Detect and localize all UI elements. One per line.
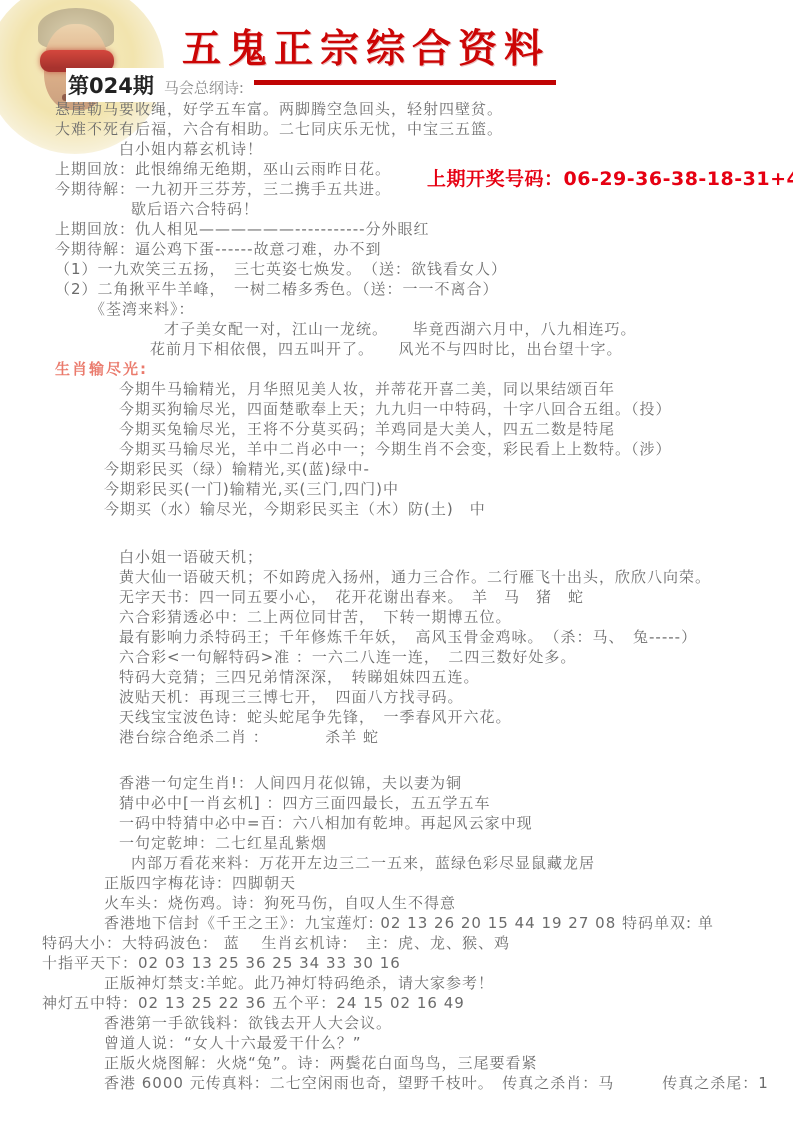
content-line: 正版四字梅花诗：四脚朝天 — [0, 873, 793, 893]
content-line: 特码大竞猜；三四兄弟情深深， 转睇姐妹四五连。 — [0, 667, 793, 687]
content-line: 曾道人说：“女人十六最爱干什么？” — [0, 1033, 793, 1053]
content-line: 白小姐内幕玄机诗！ — [0, 139, 793, 159]
content-line: 神灯五中特：02 13 25 22 36 五个平：24 15 02 16 49 — [0, 993, 793, 1013]
content-line: 今期彩民买（绿）输精光,买(蓝)绿中- — [0, 459, 793, 479]
content-line: 才子美女配一对，江山一龙统。 毕竟西湖六月中，八九相连巧。 — [0, 319, 793, 339]
content-line: 白小姐一语破天机； — [0, 547, 793, 567]
content-line: （2）二角揪平牛羊峰， 一树二椿多秀色。（送：一一不离合） — [0, 279, 793, 299]
content-line: （1）一九欢笑三五扬， 三七英姿七焕发。 （送：欲钱看女人） — [0, 259, 793, 279]
content-line: 正版火烧图解：火烧“兔”。诗：两鬓花白面鸟鸟，三尾要看紧 — [0, 1053, 793, 1073]
content-lines: 悬崖勒马要收绳，好学五车富。两脚腾空急回头，轻射四壁贫。大难不死有后福，六合有相… — [0, 99, 793, 1093]
content-line: 特码大小：大特码波色： 蓝 生肖玄机诗： 主：虎、龙、猴、鸡 — [0, 933, 793, 953]
content-line: 悬崖勒马要收绳，好学五车富。两脚腾空急回头，轻射四壁贫。 — [0, 99, 793, 119]
content-line: 香港 6000 元传真料：二七空闲雨也奇，望野千枝叶。 传真之杀肖：马 传真之杀… — [0, 1073, 793, 1093]
content-line: 今期待解：逼公鸡下蛋------故意刁难，办不到 — [0, 239, 793, 259]
content-line: 波贴天机：再现三三博七开， 四面八方找寻码。 — [0, 687, 793, 707]
content-line: 一码中特猜中必中=百：六八相加有乾坤。再起风云家中现 — [0, 813, 793, 833]
content-line: 今期买兔输尽光，王将不分莫买码；羊鸡同是大美人，四五二数是特尾 — [0, 419, 793, 439]
content-line: 香港一句定生肖!：人间四月花似锦，夫以妻为铜 — [0, 773, 793, 793]
content-line: 香港地下信封《千王之王》：九宝莲灯: 02 13 26 20 15 44 19 … — [0, 913, 793, 933]
content-line: 《荃湾来料》： — [0, 299, 793, 319]
content-line: 猜中必中[一肖玄机] ：四方三面四最长，五五学五车 — [0, 793, 793, 813]
content-line: 六合彩猜透必中：二上两位同甘苦， 下转一期博五位。 — [0, 607, 793, 627]
content-line: 花前月下相依偎，四五叫开了。 风光不与四时比，出台望十字。 — [0, 339, 793, 359]
issue-subtitle: 马会总纲诗: — [164, 79, 244, 97]
issue-number: 第024期 — [68, 74, 154, 98]
content-line: 今期买狗输尽光，四面楚歌奉上天；九九归一中特码，十字八回合五组。（投） — [0, 399, 793, 419]
content-line: 一句定乾坤：二七红星乱紫烟 — [0, 833, 793, 853]
content-line: 火车头：烧伤鸡。诗：狗死马伤，自叹人生不得意 — [0, 893, 793, 913]
content-line: 正版神灯禁支:羊蛇。此乃神灯特码绝杀，请大家参考！ — [0, 973, 793, 993]
content-line: 最有影响力杀特码王；千年修炼千年妖， 高风玉骨金鸡咏。 （杀：马、 兔-----… — [0, 627, 793, 647]
content-line: 十指平天下：02 03 13 25 36 25 34 33 30 16 — [0, 953, 793, 973]
content-line: 大难不死有后福，六合有相助。二七同庆乐无忧，中宝三五篮。 — [0, 119, 793, 139]
content-line: 今期彩民买(一门)输精光,买(三门,四门)中 — [0, 479, 793, 499]
content-line: 今期牛马输精光，月华照见美人妆，并蒂花开喜二美，同以果结颂百年 — [0, 379, 793, 399]
content-line: 内部万看花来料：万花开左边三二一五来，蓝绿色彩尽显鼠藏龙居 — [0, 853, 793, 873]
content-line: 无字天书：四一同五要小心， 花开花谢出春来。 羊 马 猪 蛇 — [0, 587, 793, 607]
content-line: 生肖输尽光: — [0, 359, 793, 379]
content-line: 歇后语六合特码！ — [0, 199, 793, 219]
issue-row: 第024期马会总纲诗: — [66, 68, 254, 102]
content-line: 六合彩<一句解特码>准 ：一六二八连一连， 二四三数好处多。 — [0, 647, 793, 667]
content-line: 今期买马输尽光，羊中二肖必中一；今期生肖不会变，彩民看上上数特。（涉） — [0, 439, 793, 459]
content-line: 今期买（水）输尽光，今期彩民买主（木）防(土) 中 — [0, 499, 793, 519]
content-line: 黄大仙一语破天机；不如跨虎入扬州，通力三合作。二行雁飞十出头，欣欣八向荣。 — [0, 567, 793, 587]
content-line: 香港第一手欲钱料：欲钱去开人大会议。 — [0, 1013, 793, 1033]
last-draw-numbers: 上期开奖号码：06-29-36-38-18-31+47 — [424, 163, 793, 192]
content-line: 天线宝宝波色诗：蛇头蛇尾争先锋， 一季春风开六花。 — [0, 707, 793, 727]
content-line: 上期回放：仇人相见——————-----------分外眼红 — [0, 219, 793, 239]
content-line: 港台综合绝杀二肖 ： 杀羊 蛇 — [0, 727, 793, 747]
